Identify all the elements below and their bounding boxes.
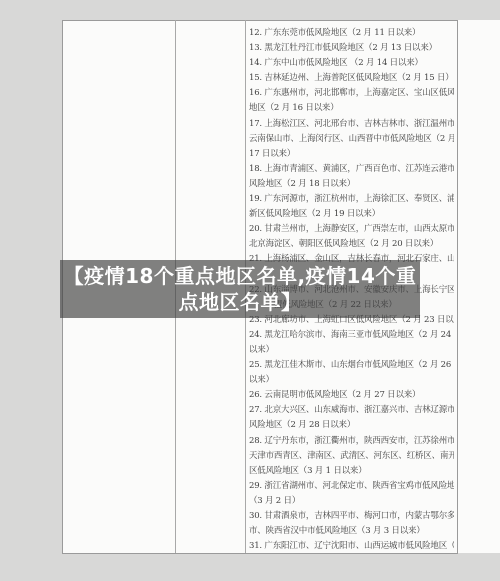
list-item-line: 17 日以来）	[249, 147, 454, 162]
list-item-line: 28. 辽宁丹东市，浙江衢州市，陕西西安市，江苏徐州市，	[249, 434, 454, 449]
list-item-line: 26. 云南昆明市低风险地区（2 月 27 日以来）	[249, 388, 454, 403]
list-item-line: 区低风险地区（3 月 1 日以来）	[249, 464, 454, 479]
list-item-line: 以来）	[249, 373, 454, 388]
list-item-line: 19. 广东河源市，浙江杭州市，上海徐汇区、奉贤区、浦东	[249, 192, 454, 207]
list-item-line: 15. 吉林延边州、上海普陀区低风险地区（2 月 15 日）	[249, 71, 454, 86]
list-item-line: 27. 北京大兴区、山东威海市、浙江嘉兴市、吉林辽源市低	[249, 403, 454, 418]
list-item: 17. 上海松江区、河北邢台市、吉林吉林市、浙江温州市、云南保山市、上海闵行区、…	[249, 117, 454, 162]
list-item-line: 29. 浙江省湖州市、河北保定市、陕西省宝鸡市低风险地区	[249, 479, 454, 494]
list-item-line: 14. 广东中山市低风险地区 （2 月 14 日以来）	[249, 56, 454, 71]
list-item-line: （3 月 2 日）	[249, 494, 454, 509]
list-item-line: 风险地区（2 月 28 日以来）	[249, 418, 454, 433]
list-item-line: 20. 甘肃兰州市，上海静安区，广西崇左市，山西太原市，	[249, 222, 454, 237]
page-background: 12. 广东东莞市低风险地区（2 月 11 日以来）13. 黑龙江牡丹江市低风险…	[0, 0, 500, 581]
list-item-line: 北京海淀区、朝阳区低风险地区（2 月 20 日以来）	[249, 237, 454, 252]
list-item: 16. 广东惠州市，河北邯郸市，上海嘉定区、宝山区低风险地区（2 月 16 日以…	[249, 86, 454, 116]
list-item: 15. 吉林延边州、上海普陀区低风险地区（2 月 15 日）	[249, 71, 454, 86]
list-item: 24. 黑龙江哈尔滨市、海南三亚市低风险地区（2 月 24 日以来）	[249, 328, 454, 358]
list-item: 13. 黑龙江牡丹江市低风险地区（2 月 13 日以来）	[249, 41, 454, 56]
list-item: 28. 辽宁丹东市，浙江衢州市，陕西西安市，江苏徐州市，天津市西青区、津南区、武…	[249, 434, 454, 479]
list-item-line: 地区（2 月 16 日以来）	[249, 101, 454, 116]
list-item-line: 市、陕西省汉中市低风险地区（3 月 3 日以来）	[249, 524, 454, 539]
watermark-overlay: 【疫情18个重点地区名单,疫情14个重 点地区名单】	[60, 260, 420, 318]
watermark-title-line: 点地区名单】	[179, 289, 302, 316]
list-item: 31. 广东阳江市、辽宁沈阳市、山西运城市低风险地区（3	[249, 539, 454, 552]
list-item-line: 新区低风险地区（2 月 19 日以来）	[249, 207, 454, 222]
list-item-line: 17. 上海松江区、河北邢台市、吉林吉林市、浙江温州市、	[249, 117, 454, 132]
list-item: 25. 黑龙江佳木斯市、山东烟台市低风险地区（2 月 26 日以来）	[249, 358, 454, 388]
list-item: 12. 广东东莞市低风险地区（2 月 11 日以来）	[249, 26, 454, 41]
list-item: 14. 广东中山市低风险地区 （2 月 14 日以来）	[249, 56, 454, 71]
list-item-line: 天津市西青区、津南区、武清区、河东区、红桥区、南开	[249, 449, 454, 464]
list-item-line: 13. 黑龙江牡丹江市低风险地区（2 月 13 日以来）	[249, 41, 454, 56]
list-item: 27. 北京大兴区、山东威海市、浙江嘉兴市、吉林辽源市低风险地区（2 月 28 …	[249, 403, 454, 433]
list-item: 19. 广东河源市，浙江杭州市，上海徐汇区、奉贤区、浦东新区低风险地区（2 月 …	[249, 192, 454, 222]
list-item-line: 18. 上海市青浦区、黄浦区，广西百色市、江苏连云港市低	[249, 162, 454, 177]
list-item: 26. 云南昆明市低风险地区（2 月 27 日以来）	[249, 388, 454, 403]
list-item-line: 30. 甘肃酒泉市，吉林四平市、梅河口市，内蒙古鄂尔多斯	[249, 509, 454, 524]
list-item-line: 以来）	[249, 343, 454, 358]
list-item-line: 风险地区（2 月 18 日以来）	[249, 177, 454, 192]
list-item-line: 31. 广东阳江市、辽宁沈阳市、山西运城市低风险地区（3	[249, 539, 454, 552]
list-item: 18. 上海市青浦区、黄浦区，广西百色市、江苏连云港市低风险地区（2 月 18 …	[249, 162, 454, 192]
list-item-line: 云南保山市、上海闵行区、山西晋中市低风险地区（2 月	[249, 132, 454, 147]
list-item-line: 12. 广东东莞市低风险地区（2 月 11 日以来）	[249, 26, 454, 41]
list-item: 29. 浙江省湖州市、河北保定市、陕西省宝鸡市低风险地区（3 月 2 日）	[249, 479, 454, 509]
list-item: 20. 甘肃兰州市，上海静安区，广西崇左市，山西太原市，北京海淀区、朝阳区低风险…	[249, 222, 454, 252]
watermark-title-line: 【疫情18个重点地区名单,疫情14个重	[64, 263, 417, 290]
list-item-line: 16. 广东惠州市，河北邯郸市，上海嘉定区、宝山区低风险	[249, 86, 454, 101]
list-item-line: 25. 黑龙江佳木斯市、山东烟台市低风险地区（2 月 26 日	[249, 358, 454, 373]
list-item-line: 24. 黑龙江哈尔滨市、海南三亚市低风险地区（2 月 24 日	[249, 328, 454, 343]
list-item: 30. 甘肃酒泉市，吉林四平市、梅河口市，内蒙古鄂尔多斯市、陕西省汉中市低风险地…	[249, 509, 454, 539]
